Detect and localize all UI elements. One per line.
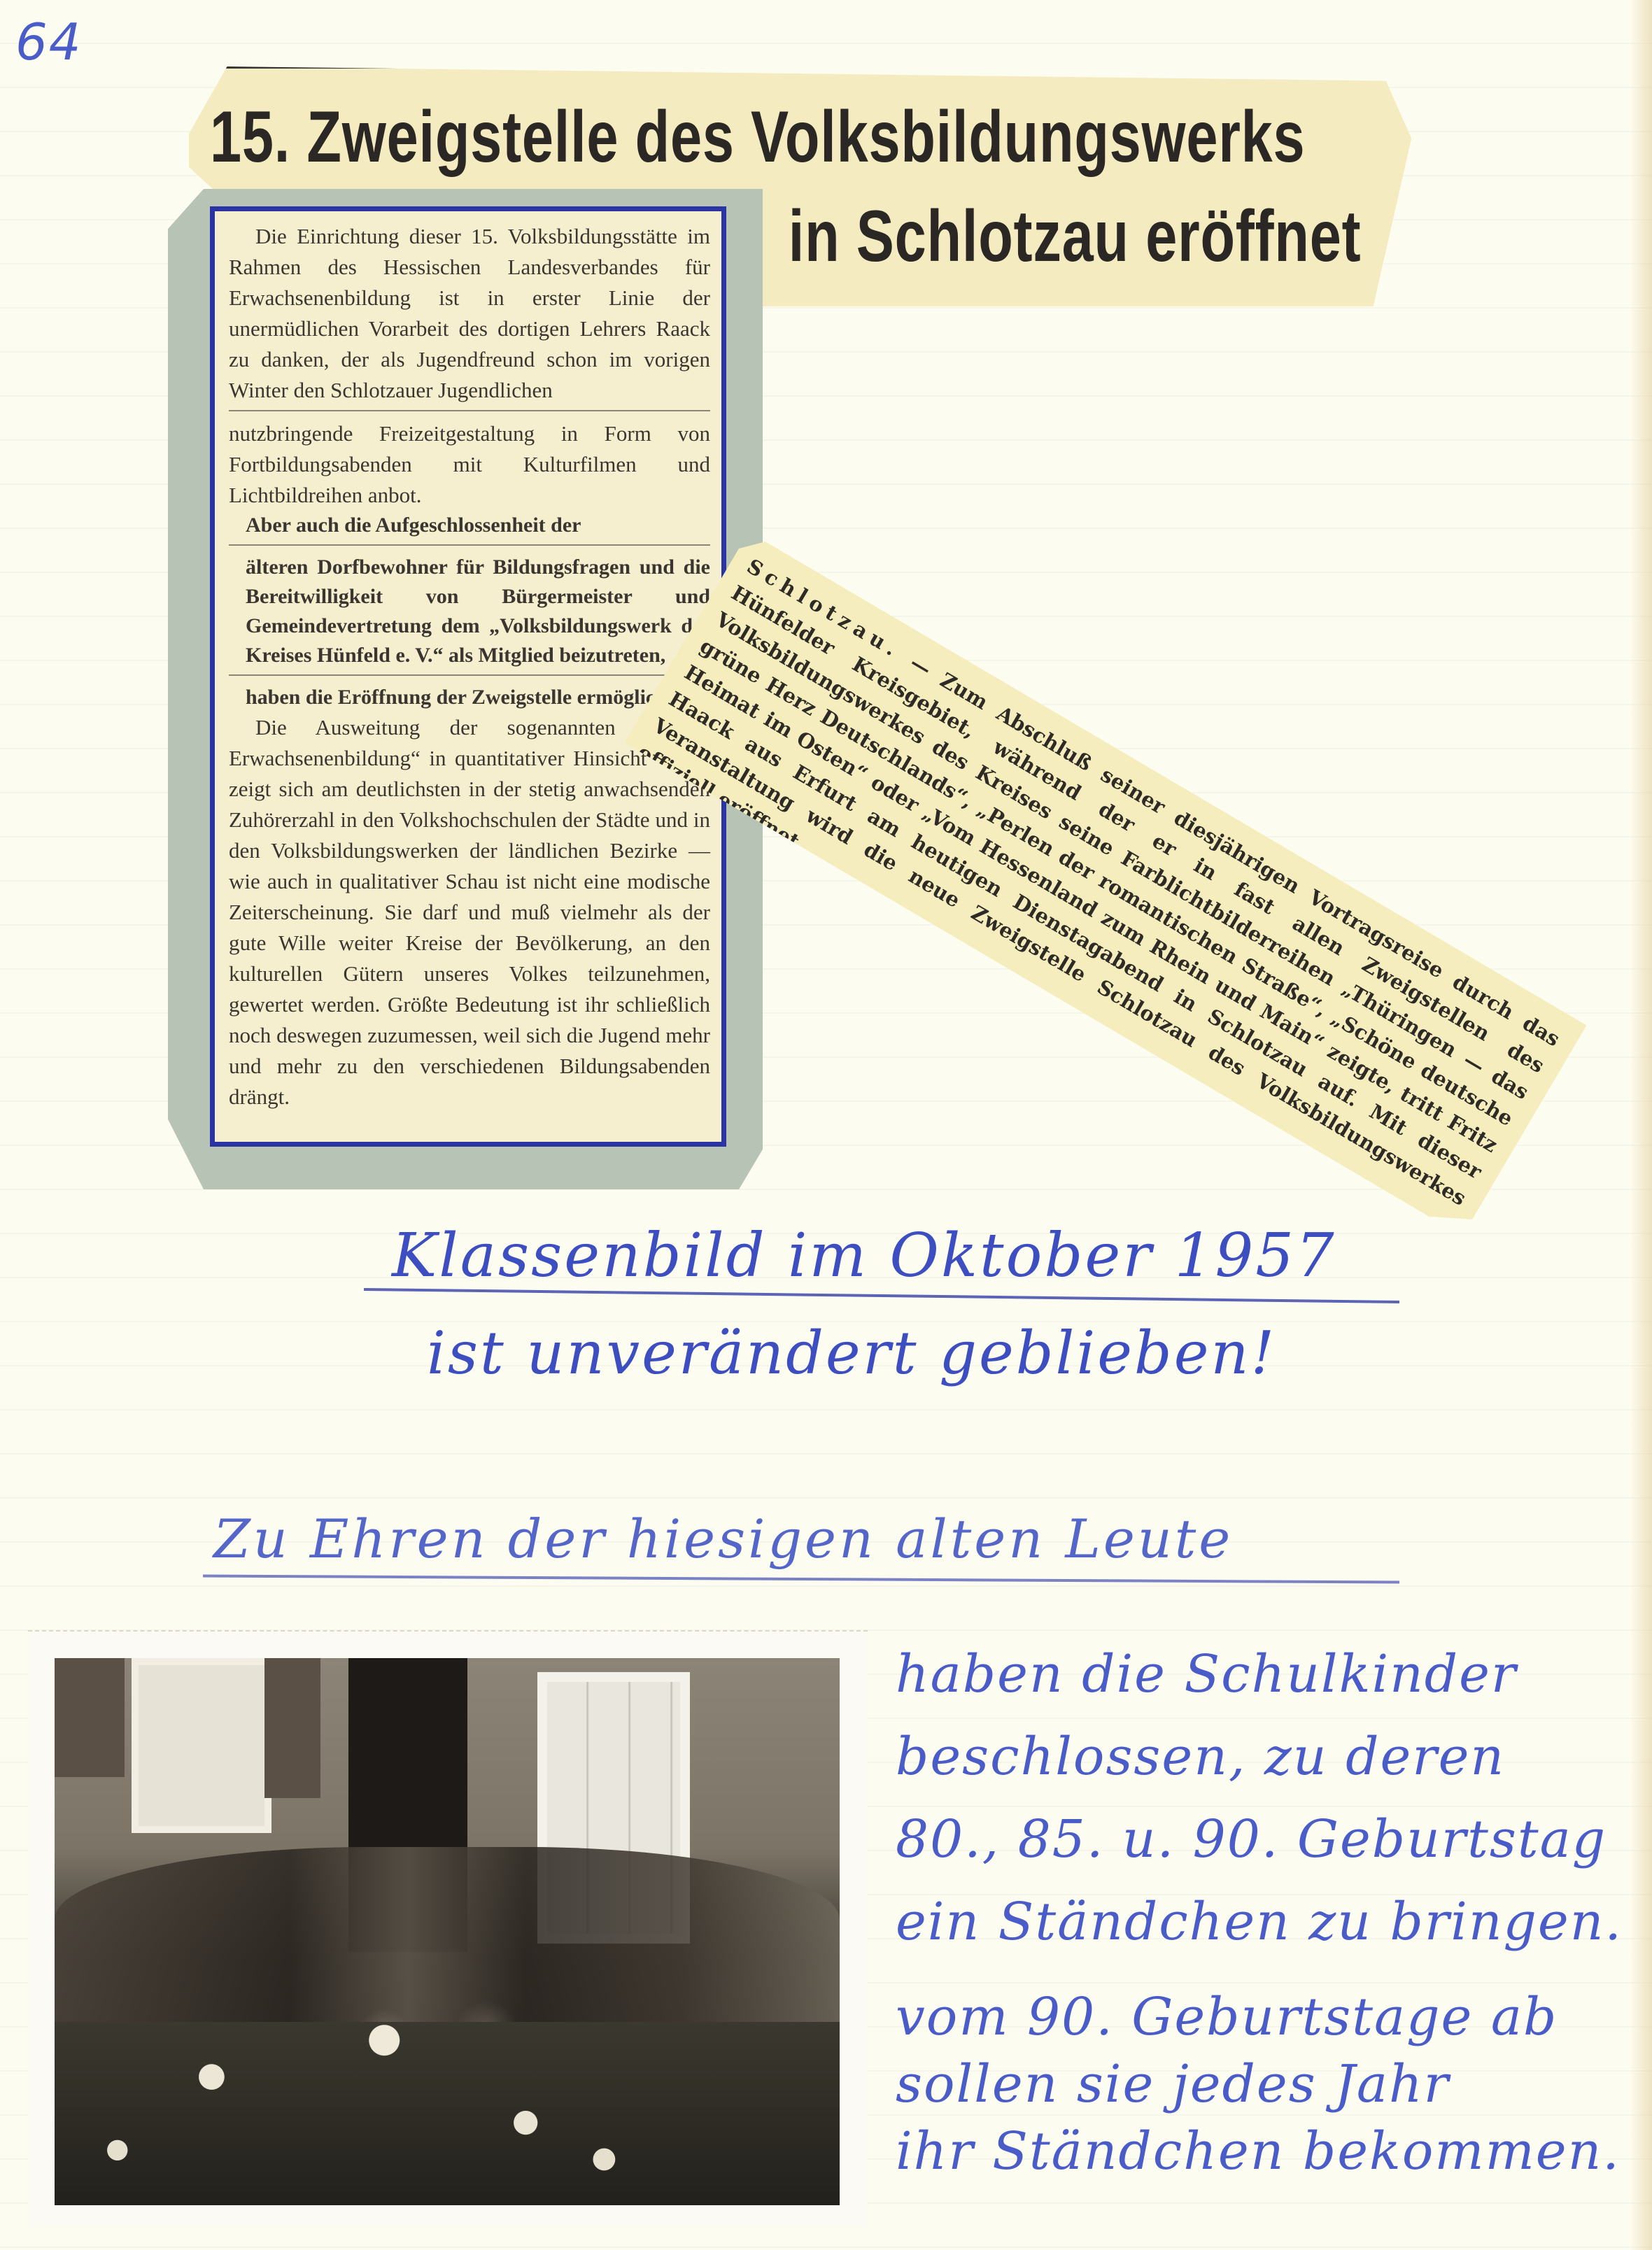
handwritten-heading-elderly: Zu Ehren der hiesigen alten Leute [213, 1508, 1233, 1570]
handwritten-line: sollen sie jedes Jahr [896, 2054, 1621, 2121]
article-paragraph-1: Die Einrichtung dieser 15. Volksbildungs… [229, 221, 710, 406]
article-block-1: Die Einrichtung dieser 15. Volksbildungs… [229, 221, 710, 411]
handwritten-line: vom 90. Geburtstage ab [896, 1987, 1621, 2054]
photo-shutter-left [55, 1658, 125, 1777]
handwritten-line: ein Ständchen zu bringen. [896, 1892, 1623, 1974]
article-paragraph-3-bold: älteren Dorfbewohner für Bildungsfragen … [229, 553, 710, 670]
handwritten-note-unchanged: ist unverändert geblieben! [427, 1319, 1276, 1387]
handwritten-line: ihr Ständchen bekommen. [896, 2121, 1621, 2188]
handwritten-paragraph-yearly: vom 90. Geburtstage ab sollen sie jedes … [896, 1987, 1621, 2188]
photo-window-left [132, 1658, 271, 1833]
photo-shutter-right [264, 1658, 320, 1798]
article-block-2: nutzbringende Freizeitgestaltung in Form… [229, 418, 710, 546]
article-paragraph-2-bold: Aber auch die Aufgeschlossenheit der [229, 511, 710, 540]
handwritten-line: 80., 85. u. 90. Geburtstag [896, 1809, 1623, 1892]
article-clipping: Die Einrichtung dieser 15. Volksbildungs… [210, 206, 726, 1147]
photo-dahlias [55, 2022, 840, 2205]
handwritten-line: haben die Schulkinder [896, 1644, 1623, 1727]
article-paragraph-4-bold: haben die Eröffnung der Zweigstelle ermö… [229, 683, 710, 712]
handwritten-note-class-photo: Klassenbild im Oktober 1957 [392, 1221, 1336, 1291]
headline-line-1: 15. Zweigstelle des Volksbildungswerks [210, 87, 1454, 187]
group-photo [55, 1658, 840, 2205]
photo-crowd [55, 1847, 840, 2029]
article-block-3: älteren Dorfbewohner für Bildungsfragen … [229, 553, 710, 676]
page-number: 64 [15, 13, 83, 71]
handwritten-line: beschlossen, zu deren [896, 1727, 1623, 1809]
article-paragraph-2: nutzbringende Freizeitgestaltung in Form… [229, 418, 710, 511]
article-paragraph-4: Die Ausweitung der sogenannten „Freien E… [229, 712, 710, 1112]
handwritten-paragraph-serenade: haben die Schulkinder beschlossen, zu de… [896, 1644, 1623, 1974]
